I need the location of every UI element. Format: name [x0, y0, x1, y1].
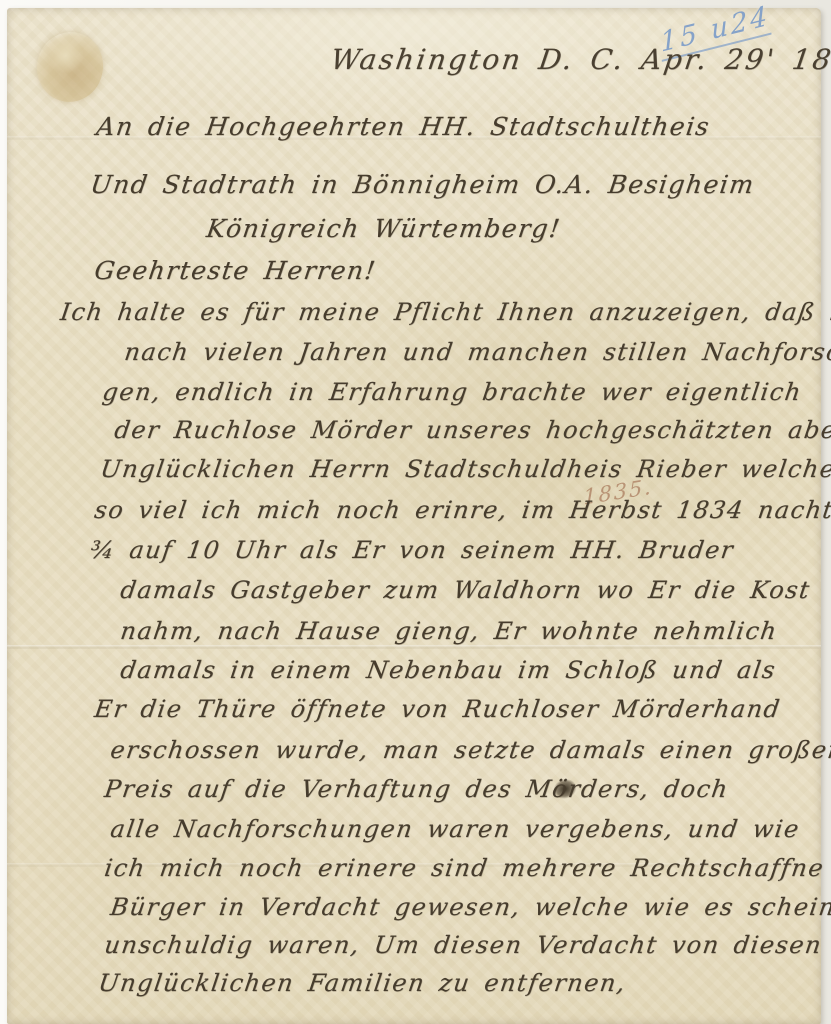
letter-paper: 15 u24 1835. Washington D. C. Apr. 29' 1…: [7, 8, 821, 1024]
scanned-letter-page: 15 u24 1835. Washington D. C. Apr. 29' 1…: [0, 0, 831, 1024]
body-line: so viel ich mich noch erinre, im Herbst …: [93, 498, 831, 522]
body-line: damals Gastgeber zum Waldhorn wo Er die …: [119, 578, 812, 602]
recipient-line: An die Hochgeehrten HH. Stadtschultheis: [95, 114, 712, 139]
body-line: Preis auf die Verhaftung des Mörders, do…: [103, 777, 730, 801]
body-line: Bürger in Verdacht gewesen, welche wie e…: [109, 895, 831, 919]
body-line: Unglücklichen Familien zu entfernen,: [97, 971, 628, 995]
wax-seal-stain: [30, 26, 109, 108]
body-line: unschuldig waren, Um diesen Verdacht von…: [103, 933, 824, 957]
body-line: Unglücklichen Herrn Stadtschuldheis Rieb…: [99, 457, 831, 481]
recipient-line: Und Stadtrath in Bönnigheim O.A. Besighe…: [89, 172, 756, 197]
body-line: gen, endlich in Erfahrung brachte wer ei…: [101, 380, 804, 404]
body-line: Ich halte es für meine Pflicht Ihnen anz…: [59, 300, 831, 324]
dateline: Washington D. C. Apr. 29' 1872.: [329, 46, 831, 74]
body-line: nach vielen Jahren und manchen stillen N…: [123, 340, 831, 364]
body-line: ¾ auf 10 Uhr als Er von seinem HH. Brude…: [89, 538, 736, 562]
body-line: alle Nachforschungen waren vergebens, un…: [109, 817, 801, 841]
body-line: erschossen wurde, man setzte damals eine…: [109, 738, 831, 762]
body-line: der Ruchlose Mörder unseres hochgeschätz…: [113, 418, 831, 442]
body-line: nahm, nach Hause gieng, Er wohnte nehmli…: [119, 619, 779, 643]
recipient-line: Königreich Würtemberg!: [205, 216, 563, 241]
fold-crease: [7, 645, 821, 649]
body-line: ich mich noch erinere sind mehrere Recht…: [103, 856, 826, 880]
salutation: Geehrteste Herren!: [93, 258, 378, 283]
body-line: damals in einem Nebenbau im Schloß und a…: [119, 658, 778, 682]
body-line: Er die Thüre öffnete von Ruchloser Mörde…: [93, 697, 782, 721]
